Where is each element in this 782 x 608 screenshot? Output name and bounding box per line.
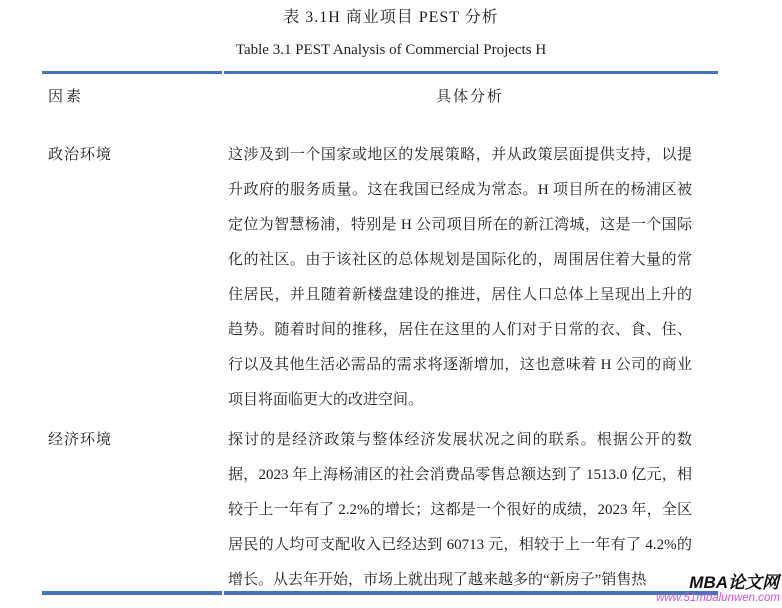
watermark-url: www.51mbalunwen.com — [656, 592, 780, 605]
watermark-brand: MBA论文网 — [689, 574, 779, 592]
table-bottom-border-left-segment — [42, 591, 222, 595]
row-label-political-environment: 政治环境 — [48, 146, 112, 164]
table-top-border-left-segment — [42, 71, 222, 74]
column-header-analysis: 具体分析 — [228, 89, 712, 105]
table-bottom-border-right-segment — [224, 591, 718, 595]
row-label-economic-environment: 经济环境 — [48, 431, 112, 449]
row-analysis-political-environment: 这涉及到一个国家或地区的发展策略，并从政策层面提供支持，以提升政府的服务质量。这… — [228, 138, 692, 418]
table-caption-en: Table 3.1 PEST Analysis of Commercial Pr… — [0, 41, 782, 60]
table-caption-zh: 表 3.1H 商业项目 PEST 分析 — [0, 8, 782, 28]
table-top-border-right-segment — [224, 71, 718, 74]
row-analysis-economic-environment: 探讨的是经济政策与整体经济发展状况之间的联系。根据公开的数据，2023 年上海杨… — [228, 423, 692, 598]
thesis-page: 表 3.1H 商业项目 PEST 分析 Table 3.1 PEST Analy… — [0, 0, 782, 608]
column-header-factor: 因素 — [48, 89, 84, 105]
